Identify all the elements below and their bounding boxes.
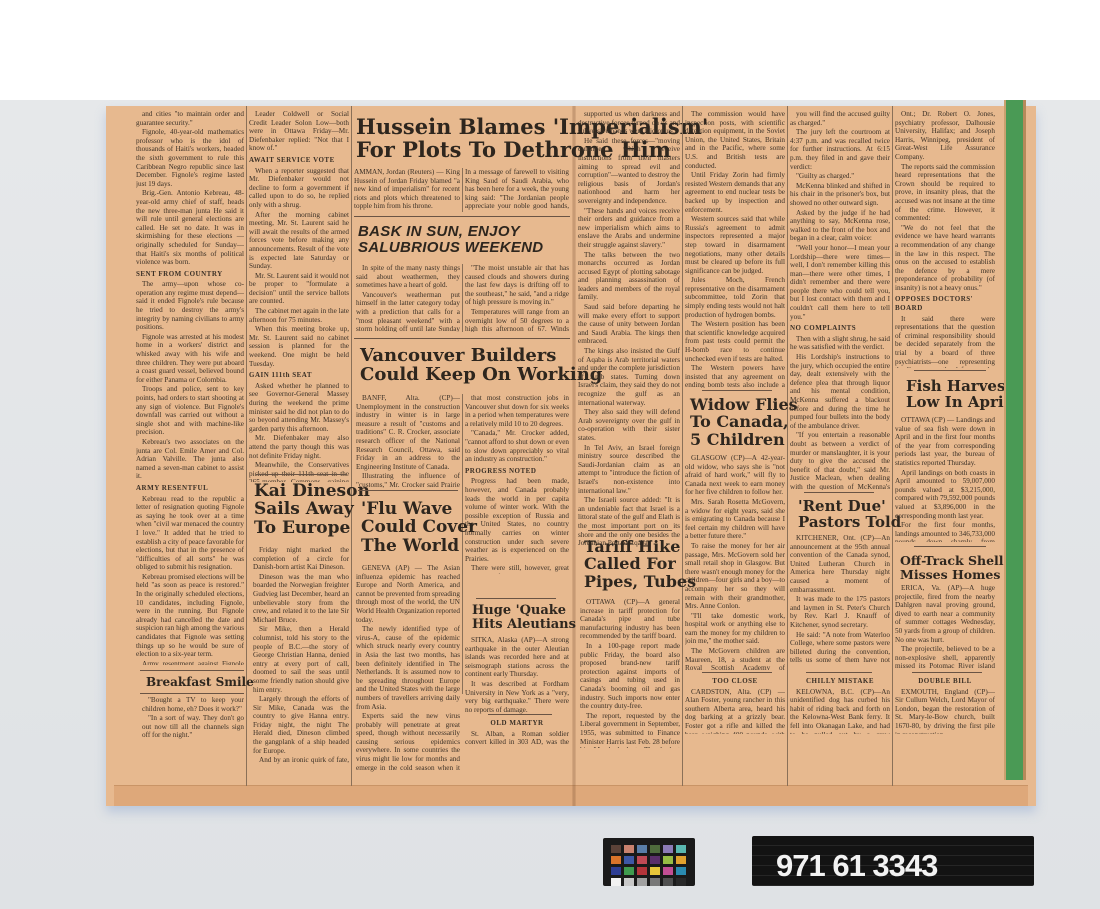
paragraph: "Well your honor—I mean your Lordship—th… — [790, 244, 890, 321]
subhead-await-service-vote: AWAIT SERVICE VOTE — [249, 156, 349, 165]
paragraph: Brig.-Gen. Antonio Kebreau, 48-year-old … — [136, 189, 244, 266]
headline-kai-dineson: Kai Dineson Sails Away To Europe — [254, 482, 370, 537]
paragraph: GENEVA (AP) — The Asian influenza epidem… — [356, 564, 460, 624]
paragraph: The kings also insisted the Gulf of Aqab… — [578, 347, 680, 407]
paragraph: It was made to the 175 pastors and layme… — [790, 595, 890, 629]
subhead-gain-seat: GAIN 111th SEAT — [249, 371, 349, 380]
breakfast-smile-text: "Bought a TV to keep your children home,… — [142, 696, 244, 740]
paragraph: Kebreau's two associates on the junta ar… — [136, 438, 244, 481]
rule — [914, 370, 986, 371]
paragraph: Friday night marked the completion of a … — [253, 546, 349, 572]
paragraph: "I'll take domestic work, hospital work … — [685, 612, 785, 646]
rule — [702, 672, 772, 673]
paragraph: Mr. St. Laurent said it would not be pro… — [249, 272, 349, 306]
paragraph: His Lordship's instructions to the jury,… — [790, 353, 890, 430]
paragraph: Kebreau read to the republic a letter of… — [136, 495, 244, 572]
paragraph: In a 100-page report made public Friday,… — [580, 642, 680, 711]
paragraph: Fignole was arrested at his modest home … — [136, 333, 244, 385]
paragraph: The newly identified type of virus-A, ca… — [356, 625, 460, 711]
paragraph: Sir Mike, then a Herald columnist, told … — [253, 625, 349, 694]
headline-vancouver-builders: Vancouver Builders Could Keep On Working — [360, 346, 602, 385]
headline-flu-wave: 'Flu Wave Could Cover The World — [361, 500, 477, 555]
paragraph: Then with a slight shrug, he said he was… — [790, 335, 890, 352]
paragraph: Mrs. Sarah Rosetta McGovern, a widow for… — [685, 498, 785, 541]
color-swatch — [611, 878, 621, 886]
subhead-double-bill: DOUBLE BILL — [895, 677, 995, 686]
paragraph: BANFF, Alta. (CP)—Unemployment in the co… — [356, 394, 460, 471]
paragraph: The army—upon whose co-operation any reg… — [136, 280, 244, 332]
color-swatch — [637, 878, 647, 886]
color-swatch — [663, 845, 673, 853]
green-page-edge — [1004, 100, 1026, 780]
flu-wave-story: GENEVA (AP) — The Asian influenza epidem… — [356, 564, 460, 772]
subhead-no-complaints: NO COMPLAINTS — [790, 324, 890, 333]
color-swatch — [611, 845, 621, 853]
color-swatch — [624, 867, 634, 875]
paragraph: When this meeting broke up, Mr. St. Laur… — [249, 325, 349, 368]
vancouver-story-col-a: BANFF, Alta. (CP)—Unemployment in the co… — [356, 394, 460, 488]
paragraph: "These hands and voices receive their or… — [578, 207, 680, 250]
paragraph: McKenna blinked and shifted in his chair… — [790, 182, 890, 208]
color-swatch — [663, 867, 673, 875]
paragraph: The McGovern children are Maureen, 18, a… — [685, 647, 785, 670]
column-divider — [682, 106, 683, 786]
color-swatch — [650, 867, 660, 875]
color-swatch — [611, 867, 621, 875]
bask-story-col-a: In spite of the many nasty things said a… — [356, 264, 460, 332]
paragraph: Experts said the new virus probably will… — [356, 712, 460, 772]
headline-fish-harvest: Fish Harvest Low In April — [906, 378, 1012, 410]
paragraph: SITKA, Alaska (AP)—A strong earthquake i… — [465, 636, 569, 679]
paragraph: Progress had been made, however, and Can… — [465, 477, 569, 563]
paragraph: that most construction jobs in Vancouver… — [465, 394, 569, 428]
color-swatch — [611, 856, 621, 864]
rule — [588, 530, 672, 531]
royal-commission-column: Ont.; Dr. Robert O. Jones, psychiatry pr… — [895, 110, 995, 368]
rule — [140, 693, 244, 694]
color-swatch — [676, 856, 686, 864]
kai-dineson-story: Friday night marked the completion of a … — [253, 546, 349, 764]
paragraph: Largely through the efforts of Sir Mike,… — [253, 695, 349, 755]
paragraph: KITCHENER, Ont. (CP)—An announcement at … — [790, 534, 890, 594]
paragraph: Asked by the judge if he had anything to… — [790, 209, 890, 243]
headline-rent-due: 'Rent Due' Pastors Told — [798, 498, 901, 530]
paragraph: There were still, however, great numbers… — [465, 564, 569, 574]
headline-widow-flies: Widow Flies To Canada, 5 Children — [690, 396, 798, 448]
paragraph: They also said they will defend Arab sov… — [578, 408, 680, 442]
huge-quake-story: SITKA, Alaska (AP)—A strong earthquake i… — [465, 636, 569, 714]
paragraph: Until Friday Zorin had firmly resisted W… — [685, 171, 785, 214]
rule — [806, 672, 872, 673]
rule — [358, 490, 458, 491]
color-swatch — [676, 845, 686, 853]
paragraph: Kebreau promised elections will be held … — [136, 573, 244, 659]
disarmament-story-column: The commission would have inspection pos… — [685, 110, 785, 388]
hussein-story-col-b: In a message of farewell to visiting Kin… — [465, 168, 569, 210]
hussein-continued-column: supported us when darkness and destructi… — [578, 110, 680, 580]
headline-tariff-hike: Tariff Hike Called For Pipes, Tubes — [584, 538, 696, 590]
paragraph: you will find the accused guilty as char… — [790, 110, 890, 127]
old-martyr-item: OLD MARTYR St. Alban, a Roman soldier co… — [465, 716, 569, 746]
color-calibration-chart — [603, 838, 695, 886]
paragraph: April landings on both coasts in April a… — [895, 469, 995, 521]
double-bill-item: DOUBLE BILL EXMOUTH, England (CP)—Sir Cu… — [895, 674, 995, 734]
subhead-chilly-mistake: CHILLY MISTAKE — [790, 677, 890, 686]
paragraph: The reports said the commission heard re… — [895, 163, 995, 223]
color-swatch — [624, 856, 634, 864]
paragraph: supported us when darkness and destructi… — [578, 110, 680, 136]
paragraph: Troops and police, sent to key points, h… — [136, 385, 244, 437]
color-swatch — [650, 856, 660, 864]
color-swatch — [624, 878, 634, 886]
subhead-sent-from-country: SENT FROM COUNTRY — [136, 270, 244, 279]
paragraph: The Western position has been that scien… — [685, 320, 785, 363]
paragraph: It said there were representations that … — [895, 315, 995, 368]
paragraph: In spite of the many nasty things said a… — [356, 264, 460, 290]
vancouver-story-col-b: that most construction jobs in Vancouver… — [465, 394, 569, 574]
color-swatch — [676, 867, 686, 875]
color-swatch — [637, 856, 647, 864]
too-close-item: TOO CLOSE CARDSTON, Alta. (CP) — Alan Fo… — [685, 674, 785, 734]
subhead-too-close: TOO CLOSE — [685, 677, 785, 686]
column-divider — [462, 264, 463, 332]
paragraph: "In a sort of way. They don't go out now… — [142, 714, 244, 740]
paragraph: Jules Moch, French representative on the… — [685, 276, 785, 319]
column-divider — [462, 168, 463, 212]
paragraph: Meanwhile, the Conservatives picked up t… — [249, 461, 349, 482]
paragraph: Asked whether he planned to see Governor… — [249, 382, 349, 434]
paragraph: The talks between the two monarchs occur… — [578, 251, 680, 303]
subhead-old-martyr: OLD MARTYR — [465, 719, 569, 728]
headline-bask-in-sun: BASK IN SUN, ENJOY SALUBRIOUS WEEKEND — [358, 224, 543, 256]
paragraph: And by an ironic quirk of fate, the ship… — [253, 756, 349, 764]
mckenna-trial-column: you will find the accused guilty as char… — [790, 110, 890, 490]
paragraph: In Tel Aviv, an Israel foreign ministry … — [578, 444, 680, 496]
haiti-story-column: and cities "to maintain order and guaran… — [136, 110, 244, 665]
rule — [804, 492, 874, 493]
paragraph: Vancouver's weatherman put himself in th… — [356, 291, 460, 332]
paragraph: ERICA, Va. (AP)—A huge projectile, fired… — [895, 584, 995, 644]
election-story-column: Leader Coldwell or Social Credit Leader … — [249, 110, 349, 482]
chilly-mistake-item: CHILLY MISTAKE KELOWNA, B.C. (CP)—An uni… — [790, 674, 890, 734]
newspaper-clipping: and cities "to maintain order and guaran… — [106, 106, 1036, 806]
haiti-paras: and cities "to maintain order and guaran… — [136, 110, 244, 267]
paragraph: The projectile, believed to be a non-exp… — [895, 645, 995, 668]
paragraph: OTTAWA (CP)—A general increase in tariff… — [580, 598, 680, 641]
paragraph: Saud said before departing he will make … — [578, 303, 680, 346]
rule — [256, 474, 346, 475]
headline-huge-quake: Huge 'Quake Hits Aleutians — [472, 604, 576, 632]
rent-due-story: KITCHENER, Ont. (CP)—An announcement at … — [790, 534, 890, 666]
paragraph: Illustrating the influence of "customs,"… — [356, 472, 460, 488]
paragraph: "The moist unstable air that has caused … — [465, 264, 569, 307]
rule — [354, 338, 570, 339]
paragraph: "Guilty as charged." — [790, 172, 890, 181]
bask-story-col-b: "The moist unstable air that has caused … — [465, 264, 569, 332]
paragraph: The Western powers have insisted that an… — [685, 364, 785, 388]
rule — [912, 672, 982, 673]
paragraph: The jury left the courtroom at 4:37 p.m.… — [790, 128, 890, 171]
column-divider — [351, 106, 352, 786]
color-swatch — [637, 845, 647, 853]
paragraph: For the first four months, landings amou… — [895, 521, 995, 542]
subhead-army-resentful: ARMY RESENTFUL — [136, 484, 244, 493]
paragraph: Dineson was the man who boarded the Norw… — [253, 573, 349, 625]
widow-flies-story: GLASGOW (CP)—A 42-year-old widow, who sa… — [685, 454, 785, 670]
center-crease — [572, 106, 576, 806]
paragraph: Ont.; Dr. Robert O. Jones, psychiatry pr… — [895, 110, 995, 162]
paragraph: After the morning cabinet meeting, Mr. S… — [249, 211, 349, 271]
paragraph: "If you entertain a reasonable doubt as … — [790, 431, 890, 490]
paragraph: It was described at Fordham University i… — [465, 680, 569, 714]
color-swatch — [663, 878, 673, 886]
headline-breakfast-smile: Breakfast Smile — [146, 676, 254, 689]
paragraph: "We do not feel that the evidence we hav… — [895, 224, 995, 293]
paragraph: OTTAWA (CP) — Landings and value of sea … — [895, 416, 995, 468]
paragraph: He said these forces—"moving dummies whi… — [578, 137, 680, 206]
paragraph: and cities "to maintain order and guaran… — [136, 110, 244, 127]
paragraph: Leader Coldwell or Social Credit Leader … — [249, 110, 349, 153]
headline-off-track-shell: Off-Track Shell Misses Homes — [900, 554, 1004, 581]
subhead-opposes-doctors-board: OPPOSES DOCTORS' BOARD — [895, 295, 995, 312]
paragraph: The report, requested by the Liberal gov… — [580, 712, 680, 748]
rule — [140, 670, 244, 671]
rule — [488, 714, 552, 715]
accession-number: 971 61 3343 — [776, 850, 937, 881]
paragraph: "Canada," Mr. Crocker added, "cannot aff… — [465, 429, 569, 463]
color-swatch — [663, 856, 673, 864]
hussein-story-col-a: AMMAN, Jordan (Reuters) — King Hussein o… — [354, 168, 460, 210]
paragraph: Temperatures will range from an overnigh… — [465, 308, 569, 332]
paragraph: The commission would have inspection pos… — [685, 110, 785, 170]
paragraph: He said: "A note from Waterloo College, … — [790, 631, 890, 666]
paragraph: "Bought a TV to keep your children home,… — [142, 696, 244, 713]
column-divider — [892, 106, 893, 786]
paragraph: When a reporter suggested that Mr. Diefe… — [249, 167, 349, 210]
fish-harvest-story: OTTAWA (CP) — Landings and value of sea … — [895, 416, 995, 542]
rule — [354, 216, 570, 217]
color-swatch — [650, 845, 660, 853]
rule — [914, 546, 986, 547]
rule — [476, 598, 556, 599]
color-swatch — [650, 878, 660, 886]
paragraph: Mr. Diefenbaker may also attend the part… — [249, 434, 349, 460]
paragraph: To raise the money for her air passage, … — [685, 542, 785, 611]
off-track-shell-story: ERICA, Va. (AP)—A huge projectile, fired… — [895, 584, 995, 668]
color-swatch — [676, 878, 686, 886]
subhead-progress-noted: PROGRESS NOTED — [465, 467, 569, 476]
paragraph: Western sources said that while Russia's… — [685, 215, 785, 275]
paragraph: The cabinet met again in the late aftern… — [249, 307, 349, 324]
clipping-bottom-fold — [114, 785, 1028, 806]
tariff-story: OTTAWA (CP)—A general increase in tariff… — [580, 598, 680, 748]
paragraph: GLASGOW (CP)—A 42-year-old widow, who sa… — [685, 454, 785, 497]
paragraph: Fignole, 40-year-old mathematics profess… — [136, 128, 244, 188]
rule — [702, 390, 772, 391]
paragraph: Army resentment against Fignole began al… — [136, 660, 244, 665]
color-swatch — [637, 867, 647, 875]
color-swatch — [624, 845, 634, 853]
